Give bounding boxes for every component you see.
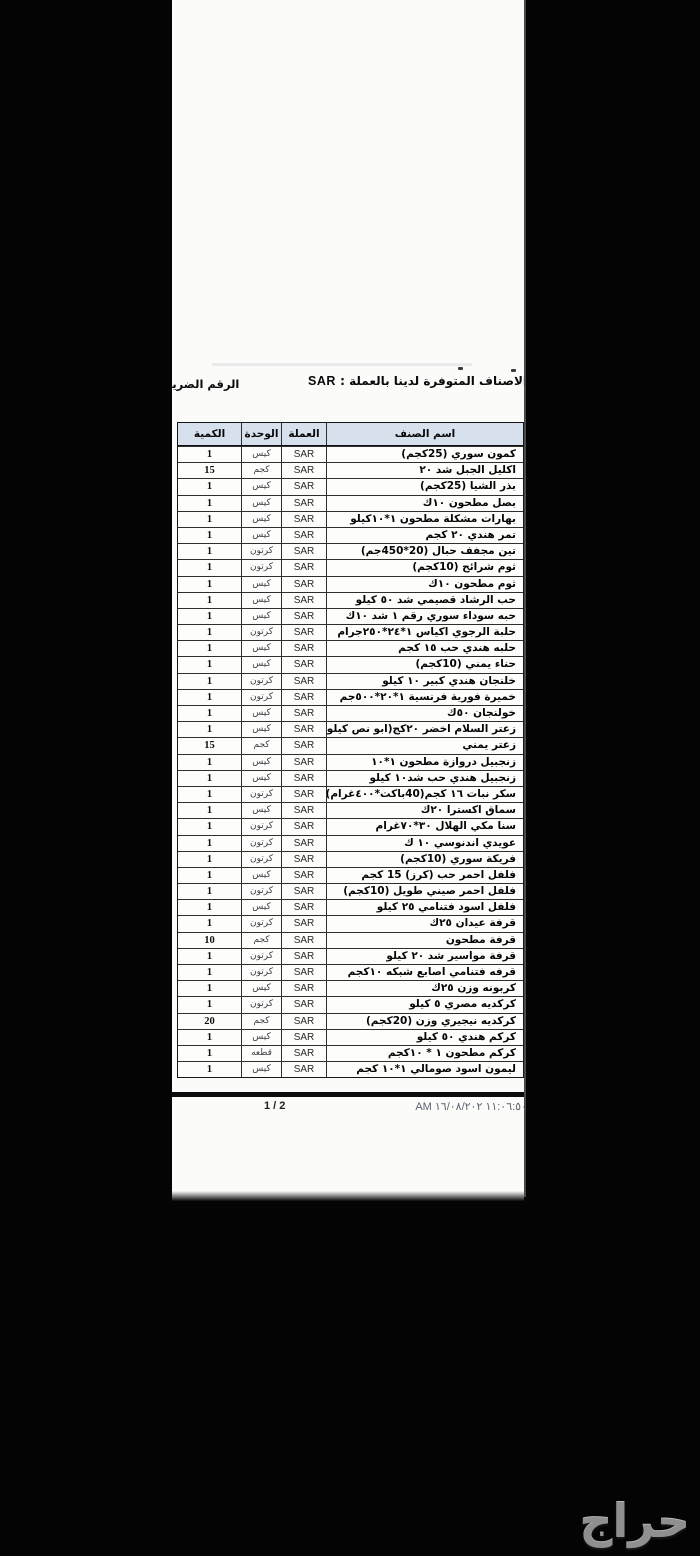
cell-unit: كرتون	[241, 965, 281, 980]
table-header-row: اسم الصنف العملة الوحدة الكمية	[178, 423, 523, 446]
cell-unit: كجم	[241, 1014, 281, 1029]
table-row: حلبة الرجوي اكياس ١*٢٤*٢٥٠جرامSARكرتون1	[178, 624, 523, 640]
cell-quantity: 1	[178, 657, 241, 672]
cell-item-name: سماق اكسترا ٢٠ك	[326, 803, 523, 818]
cell-quantity: 1	[178, 836, 241, 851]
cell-currency: SAR	[281, 1062, 326, 1077]
cell-currency: SAR	[281, 463, 326, 478]
table-row: خميرة فورية فرنسية ١*٢٠*٥٠٠جمSARكرتون1	[178, 689, 523, 705]
cell-currency: SAR	[281, 528, 326, 543]
cell-currency: SAR	[281, 868, 326, 883]
cell-currency: SAR	[281, 447, 326, 462]
cell-item-name: تين مجفف حبال (20*450جم)	[326, 544, 523, 559]
header-item-name: اسم الصنف	[326, 423, 523, 445]
table-row: تين مجفف حبال (20*450جم)SARكرتون1	[178, 543, 523, 559]
table-row: قرفة عيدان ٢٥كSARكرتون1	[178, 915, 523, 931]
cell-quantity: 1	[178, 900, 241, 915]
cell-quantity: 15	[178, 463, 241, 478]
table-row: سكر نبات ١٦ كجم(40باكت*٤٠٠غرام)SARكرتون1	[178, 786, 523, 802]
cell-item-name: قرفة عيدان ٢٥ك	[326, 916, 523, 931]
cell-unit: كيس	[241, 641, 281, 656]
cell-item-name: فلفل احمر حب (كرز) 15 كجم	[326, 868, 523, 883]
cell-unit: كيس	[241, 1030, 281, 1045]
table-row: فلفل احمر حب (كرز) 15 كجمSARكيس1	[178, 867, 523, 883]
table-row: كربونه وزن ٢٥كSARكيس1	[178, 980, 523, 996]
header-currency: العملة	[281, 423, 326, 445]
cell-unit: كجم	[241, 933, 281, 948]
cell-unit: كرتون	[241, 690, 281, 705]
table-row: ليمون اسود صومالي ١*١٠ كجمSARكيس1	[178, 1061, 523, 1077]
cell-currency: SAR	[281, 933, 326, 948]
cell-unit: كيس	[241, 657, 281, 672]
table-row: بصل مطحون ١٠كSARكيس1	[178, 495, 523, 511]
cell-unit: كرتون	[241, 560, 281, 575]
cell-unit: كجم	[241, 463, 281, 478]
cell-item-name: حبه سوداء سوري رقم ١ شد ١٠ك	[326, 609, 523, 624]
table-row: سنا مكي الهلال ٣٠*٧٠غرامSARكرتون1	[178, 818, 523, 834]
cell-currency: SAR	[281, 981, 326, 996]
cell-currency: SAR	[281, 916, 326, 931]
cell-item-name: كمون سوري (25كجم)	[326, 447, 523, 462]
cell-currency: SAR	[281, 1046, 326, 1061]
cell-item-name: بهارات مشكلة مطحون ١*١٠كيلو	[326, 512, 523, 527]
cell-quantity: 1	[178, 1046, 241, 1061]
cell-quantity: 1	[178, 771, 241, 786]
cell-currency: SAR	[281, 1014, 326, 1029]
cell-currency: SAR	[281, 787, 326, 802]
table-row: اكليل الجبل شد ٢٠SARكجم15	[178, 462, 523, 478]
cell-quantity: 1	[178, 706, 241, 721]
table-row: سماق اكسترا ٢٠كSARكيس1	[178, 802, 523, 818]
cell-unit: كيس	[241, 771, 281, 786]
title-text: الاصناف المتوفرة لدينا بالعملة :	[340, 374, 526, 388]
currency-code: SAR	[308, 374, 336, 388]
cell-unit: كرتون	[241, 916, 281, 931]
cell-item-name: خميرة فورية فرنسية ١*٢٠*٥٠٠جم	[326, 690, 523, 705]
cell-unit: كرتون	[241, 836, 281, 851]
cell-currency: SAR	[281, 512, 326, 527]
cell-item-name: قرفة مطحون	[326, 933, 523, 948]
cell-quantity: 1	[178, 787, 241, 802]
cell-currency: SAR	[281, 706, 326, 721]
table-row: فلفل احمر صيني طويل (10كجم)SARكرتون1	[178, 883, 523, 899]
cell-currency: SAR	[281, 819, 326, 834]
cell-quantity: 1	[178, 803, 241, 818]
cell-currency: SAR	[281, 771, 326, 786]
cell-item-name: عويدي اندنوسي ١٠ ك	[326, 836, 523, 851]
cell-item-name: حلبة الرجوي اكياس ١*٢٤*٢٥٠جرام	[326, 625, 523, 640]
header-quantity: الكمية	[178, 423, 241, 445]
cell-unit: كيس	[241, 609, 281, 624]
table-row: فلفل اسود فتنامي ٢٥ كيلوSARكيس1	[178, 899, 523, 915]
table-row: عويدي اندنوسي ١٠ كSARكرتون1	[178, 835, 523, 851]
cell-quantity: 1	[178, 884, 241, 899]
cell-item-name: كركم هندي ٥٠ كيلو	[326, 1030, 523, 1045]
cell-item-name: كركديه مصري ٥ كيلو	[326, 997, 523, 1012]
cell-unit: كيس	[241, 593, 281, 608]
cell-unit: كيس	[241, 577, 281, 592]
cell-item-name: قرفه فتنامي اصابع شبكه ١٠كجم	[326, 965, 523, 980]
cell-unit: كرتون	[241, 625, 281, 640]
cell-currency: SAR	[281, 625, 326, 640]
cell-quantity: 1	[178, 544, 241, 559]
cell-quantity: 1	[178, 447, 241, 462]
header-unit: الوحدة	[241, 423, 281, 445]
cell-unit: كرتون	[241, 787, 281, 802]
cell-item-name: خلنجان هندي كبير ١٠ كيلو	[326, 674, 523, 689]
cell-quantity: 1	[178, 1030, 241, 1045]
cell-item-name: فلفل اسود فتنامي ٢٥ كيلو	[326, 900, 523, 915]
page-bottom-fade	[172, 1191, 524, 1201]
cell-currency: SAR	[281, 560, 326, 575]
table-row: ثوم شرائح (10كجم)SARكرتون1	[178, 559, 523, 575]
cell-item-name: ثوم مطحون ١٠ك	[326, 577, 523, 592]
cell-quantity: 1	[178, 722, 241, 737]
cell-item-name: حلبه هندي حب ١٥ كجم	[326, 641, 523, 656]
cell-quantity: 1	[178, 560, 241, 575]
table-row: زعتر يمنيSARكجم15	[178, 737, 523, 753]
cell-item-name: ليمون اسود صومالي ١*١٠ كجم	[326, 1062, 523, 1077]
cell-unit: كرتون	[241, 852, 281, 867]
cell-quantity: 1	[178, 625, 241, 640]
cell-quantity: 1	[178, 496, 241, 511]
stray-dash	[511, 369, 516, 372]
table-row: ثوم مطحون ١٠كSARكيس1	[178, 576, 523, 592]
cell-currency: SAR	[281, 690, 326, 705]
table-row: زنجبيل دروازة مطحون ١*١٠SARكيس1	[178, 754, 523, 770]
cell-item-name: كركديه نيجيري وزن (20كجم)	[326, 1014, 523, 1029]
cell-currency: SAR	[281, 657, 326, 672]
table-row: بذر الشيا (25كجم)SARكيس1	[178, 478, 523, 494]
stray-dot	[458, 367, 463, 370]
cell-unit: كيس	[241, 803, 281, 818]
table-row: خولنجان ٥٠كSARكيس1	[178, 705, 523, 721]
footer-divider-line	[172, 1092, 524, 1097]
cell-currency: SAR	[281, 755, 326, 770]
cell-quantity: 1	[178, 528, 241, 543]
cell-unit: كيس	[241, 722, 281, 737]
table-row: فريكة سوري (10كجم)SARكرتون1	[178, 851, 523, 867]
cell-quantity: 1	[178, 997, 241, 1012]
cell-item-name: قرفة مواسير شد ٢٠ كيلو	[326, 949, 523, 964]
cell-quantity: 1	[178, 852, 241, 867]
cell-quantity: 1	[178, 1062, 241, 1077]
table-row: كمون سوري (25كجم)SARكيس1	[178, 446, 523, 462]
cell-unit: كيس	[241, 755, 281, 770]
cell-currency: SAR	[281, 641, 326, 656]
cell-quantity: 1	[178, 512, 241, 527]
cell-currency: SAR	[281, 900, 326, 915]
cell-currency: SAR	[281, 738, 326, 753]
cell-item-name: حناء يمني (10كجم)	[326, 657, 523, 672]
cell-item-name: حب الرشاد قصيمي شد ٥٠ كيلو	[326, 593, 523, 608]
cell-unit: كيس	[241, 512, 281, 527]
cell-quantity: 1	[178, 690, 241, 705]
table-row: حناء يمني (10كجم)SARكيس1	[178, 656, 523, 672]
cell-quantity: 1	[178, 577, 241, 592]
cell-unit: كيس	[241, 1062, 281, 1077]
cell-quantity: 1	[178, 868, 241, 883]
cell-unit: كيس	[241, 868, 281, 883]
cell-quantity: 1	[178, 609, 241, 624]
page-title: الاصناف المتوفرة لدينا بالعملة : SAR	[308, 374, 526, 388]
haraj-watermark: حراج	[579, 1494, 690, 1548]
cell-currency: SAR	[281, 479, 326, 494]
table-row: كركم مطحون ١ * ١٠كجمSARقطعه1	[178, 1045, 523, 1061]
cell-currency: SAR	[281, 836, 326, 851]
items-table: اسم الصنف العملة الوحدة الكمية كمون سوري…	[177, 422, 524, 1078]
cell-unit: كيس	[241, 528, 281, 543]
cell-currency: SAR	[281, 593, 326, 608]
cell-currency: SAR	[281, 544, 326, 559]
cell-quantity: 1	[178, 916, 241, 931]
cell-item-name: زنجبيل هندي حب شد١٠ كيلو	[326, 771, 523, 786]
cell-currency: SAR	[281, 722, 326, 737]
cell-quantity: 1	[178, 981, 241, 996]
cell-item-name: كربونه وزن ٢٥ك	[326, 981, 523, 996]
cell-unit: كيس	[241, 496, 281, 511]
cell-unit: كجم	[241, 738, 281, 753]
cell-currency: SAR	[281, 852, 326, 867]
cell-unit: كيس	[241, 479, 281, 494]
table-row: بهارات مشكلة مطحون ١*١٠كيلوSARكيس1	[178, 511, 523, 527]
cell-quantity: 20	[178, 1014, 241, 1029]
cell-quantity: 1	[178, 949, 241, 964]
cell-currency: SAR	[281, 803, 326, 818]
cell-quantity: 1	[178, 965, 241, 980]
cell-quantity: 1	[178, 674, 241, 689]
cell-item-name: فلفل احمر صيني طويل (10كجم)	[326, 884, 523, 899]
cell-currency: SAR	[281, 1030, 326, 1045]
table-row: قرفه فتنامي اصابع شبكه ١٠كجمSARكرتون1	[178, 964, 523, 980]
cell-quantity: 10	[178, 933, 241, 948]
table-row: كركديه مصري ٥ كيلوSARكرتون1	[178, 996, 523, 1012]
table-row: تمر هندي ٢٠ كجمSARكيس1	[178, 527, 523, 543]
cell-item-name: تمر هندي ٢٠ كجم	[326, 528, 523, 543]
cell-item-name: سنا مكي الهلال ٣٠*٧٠غرام	[326, 819, 523, 834]
cell-quantity: 1	[178, 641, 241, 656]
cell-quantity: 15	[178, 738, 241, 753]
price-list-document: الرقم الضريبي الاصناف المتوفرة لدينا بال…	[172, 0, 526, 1197]
cell-currency: SAR	[281, 997, 326, 1012]
cell-unit: كرتون	[241, 544, 281, 559]
table-row: زنجبيل هندي حب شد١٠ كيلوSARكيس1	[178, 770, 523, 786]
cell-unit: قطعه	[241, 1046, 281, 1061]
table-row: خلنجان هندي كبير ١٠ كيلوSARكرتون1	[178, 673, 523, 689]
cell-quantity: 1	[178, 755, 241, 770]
scan-smudge	[212, 363, 472, 366]
table-row: زعتر السلام اخضر ٢٠كج(ابو نص كيلو)SARكيس…	[178, 721, 523, 737]
cell-item-name: ثوم شرائح (10كجم)	[326, 560, 523, 575]
cell-item-name: سكر نبات ١٦ كجم(40باكت*٤٠٠غرام)	[326, 787, 523, 802]
cell-currency: SAR	[281, 949, 326, 964]
cell-quantity: 1	[178, 819, 241, 834]
cell-unit: كيس	[241, 447, 281, 462]
cell-unit: كرتون	[241, 884, 281, 899]
cell-item-name: كركم مطحون ١ * ١٠كجم	[326, 1046, 523, 1061]
table-row: قرفة مواسير شد ٢٠ كيلوSARكرتون1	[178, 948, 523, 964]
table-row: حب الرشاد قصيمي شد ٥٠ كيلوSARكيس1	[178, 592, 523, 608]
cell-unit: كرتون	[241, 997, 281, 1012]
table-row: كركم هندي ٥٠ كيلوSARكيس1	[178, 1029, 523, 1045]
cell-quantity: 1	[178, 479, 241, 494]
cell-unit: كيس	[241, 981, 281, 996]
cell-item-name: خولنجان ٥٠ك	[326, 706, 523, 721]
table-row: حبه سوداء سوري رقم ١ شد ١٠كSARكيس1	[178, 608, 523, 624]
cell-currency: SAR	[281, 674, 326, 689]
cell-item-name: فريكة سوري (10كجم)	[326, 852, 523, 867]
cell-currency: SAR	[281, 496, 326, 511]
cell-currency: SAR	[281, 609, 326, 624]
cell-quantity: 1	[178, 593, 241, 608]
cell-currency: SAR	[281, 884, 326, 899]
cell-item-name: بذر الشيا (25كجم)	[326, 479, 523, 494]
cell-unit: كيس	[241, 706, 281, 721]
cell-currency: SAR	[281, 577, 326, 592]
table-row: قرفة مطحونSARكجم10	[178, 932, 523, 948]
table-row: حلبه هندي حب ١٥ كجمSARكيس1	[178, 640, 523, 656]
cell-currency: SAR	[281, 965, 326, 980]
cell-unit: كرتون	[241, 819, 281, 834]
page-number: 1 / 2	[264, 1100, 285, 1112]
cell-item-name: زنجبيل دروازة مطحون ١*١٠	[326, 755, 523, 770]
cell-unit: كرتون	[241, 949, 281, 964]
table-row: كركديه نيجيري وزن (20كجم)SARكجم20	[178, 1013, 523, 1029]
cell-unit: كيس	[241, 900, 281, 915]
items-table-body: كمون سوري (25كجم)SARكيس1اكليل الجبل شد ٢…	[178, 446, 523, 1077]
cell-item-name: زعتر يمني	[326, 738, 523, 753]
cell-unit: كرتون	[241, 674, 281, 689]
cell-item-name: زعتر السلام اخضر ٢٠كج(ابو نص كيلو)	[326, 722, 523, 737]
cell-item-name: اكليل الجبل شد ٢٠	[326, 463, 523, 478]
cell-item-name: بصل مطحون ١٠ك	[326, 496, 523, 511]
tax-number-label: الرقم الضريبي	[172, 377, 239, 391]
app-background: الرقم الضريبي الاصناف المتوفرة لدينا بال…	[0, 0, 700, 1556]
print-timestamp: AM ١١:٠٦:٥٠ ١٦/٠٨/٢٠٢	[415, 1100, 526, 1113]
